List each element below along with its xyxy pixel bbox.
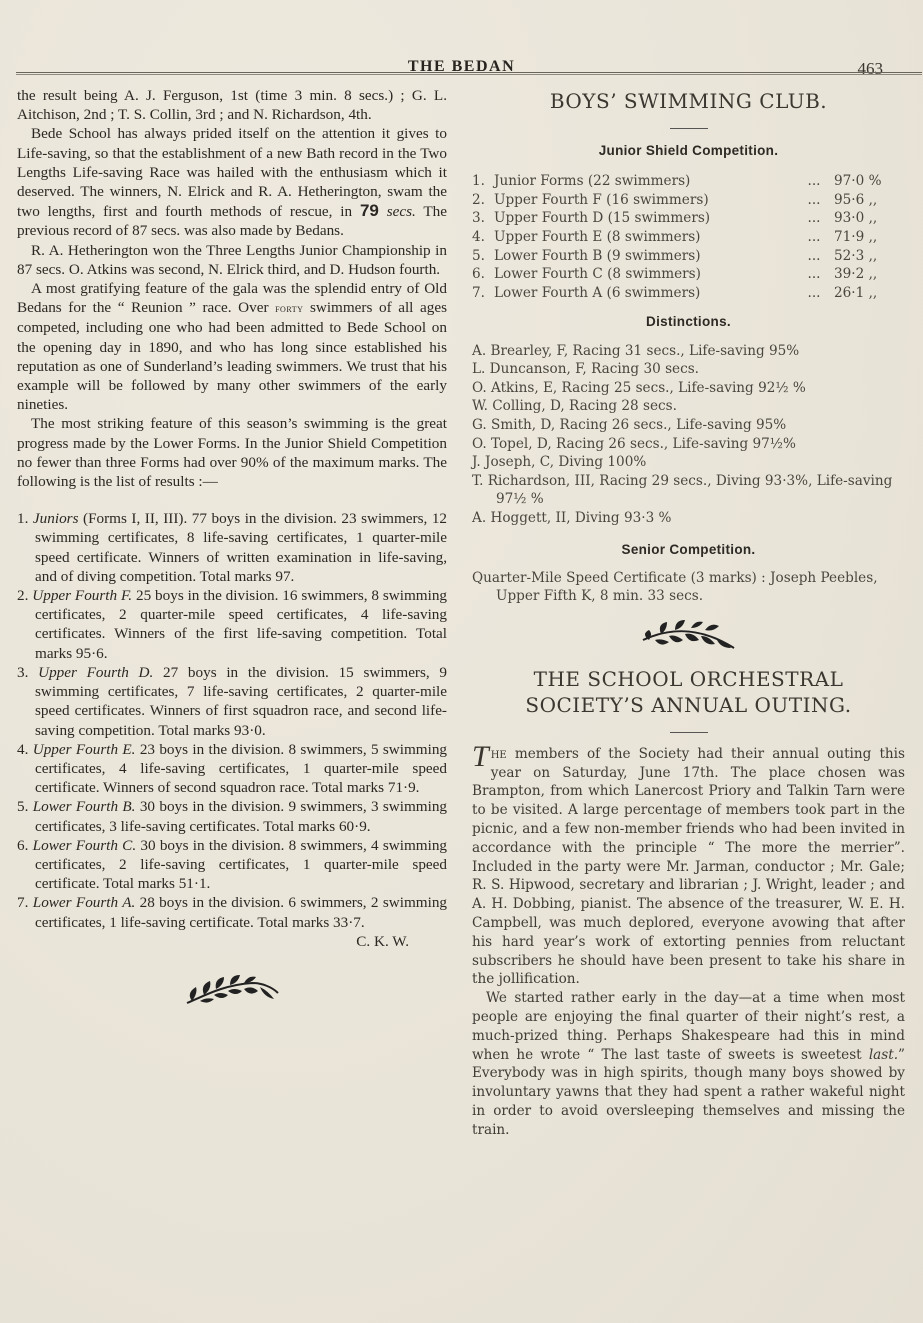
distinctions-heading: Distinctions. [472,312,905,331]
table-row: 2.Upper Fourth F (16 swimmers)...95·6 ,, [472,191,905,210]
list-item: O. Atkins, E, Racing 25 secs., Life-savi… [472,379,905,398]
paragraph-outing-start: We started rather early in the day—at a … [472,989,905,1139]
record-time: 79 [360,201,379,220]
header-rule [16,72,922,75]
senior-competition-text: Quarter-Mile Speed Certificate (3 marks)… [472,569,905,606]
list-item: 7. Lower Fourth A. 28 boys in the divisi… [17,893,447,931]
distinctions-list: A. Brearley, F, Racing 31 secs., Life-sa… [472,342,905,528]
swimming-club-title: BOYS’ SWIMMING CLUB. [472,88,905,114]
title-rule [670,128,708,129]
orchestra-title: THE SCHOOL ORCHESTRAL SOCIETY’S ANNUAL O… [472,666,905,718]
list-item: 1. Juniors (Forms I, II, III). 77 boys i… [17,509,447,586]
list-item: A. Brearley, F, Racing 31 secs., Life-sa… [472,342,905,361]
list-item: G. Smith, D, Racing 26 secs., Life-savin… [472,416,905,435]
table-row: 5.Lower Fourth B (9 swimmers)...52·3 ,, [472,247,905,266]
list-item: 2. Upper Fourth F. 25 boys in the divisi… [17,586,447,663]
list-item: L. Duncanson, F, Racing 30 secs. [472,360,905,379]
list-item: 5. Lower Fourth B. 30 boys in the divisi… [17,797,447,835]
senior-competition-heading: Senior Competition. [472,540,905,559]
junior-shield-heading: Junior Shield Competition. [472,141,905,160]
page-number: 463 [858,59,884,79]
leaf-ornament-icon [182,967,282,1011]
form-results-list: 1. Juniors (Forms I, II, III). 77 boys i… [17,509,447,931]
list-item: 3. Upper Fourth D. 27 boys in the divisi… [17,663,447,740]
list-item: T. Richardson, III, Racing 29 secs., Div… [472,472,905,509]
drop-cap: T [472,745,489,769]
list-item: O. Topel, D, Racing 26 secs., Life-savin… [472,435,905,454]
left-column: the result being A. J. Ferguson, 1st (ti… [17,86,447,1011]
right-column: BOYS’ SWIMMING CLUB. Junior Shield Compe… [472,86,905,1140]
paragraph-reunion-race: A most gratifying feature of the gala wa… [17,279,447,414]
list-item: J. Joseph, C, Diving 100% [472,453,905,472]
paragraph-race-result: the result being A. J. Ferguson, 1st (ti… [17,86,447,124]
paragraph-progress: The most striking feature of this season… [17,414,447,491]
title-rule [670,732,708,733]
table-row: 6.Lower Fourth C (8 swimmers)...39·2 ,, [472,265,905,284]
junior-shield-table: 1.Junior Forms (22 swimmers)...97·0 % 2.… [472,172,905,302]
paragraph-outing-intro: The members of the Society had their ann… [472,745,905,989]
table-row: 3.Upper Fourth D (15 swimmers)...93·0 ,, [472,209,905,228]
table-row: 4.Upper Fourth E (8 swimmers)...71·9 ,, [472,228,905,247]
paragraph-junior-championship: R. A. Hetherington won the Three Lengths… [17,241,447,279]
table-row: 7.Lower Fourth A (6 swimmers)...26·1 ,, [472,284,905,303]
page: THE BEDAN 463 the result being A. J. Fer… [0,0,923,1323]
paragraph-life-saving: Bede School has always prided itself on … [17,124,447,240]
list-item: W. Colling, D, Racing 28 secs. [472,397,905,416]
list-item: 4. Upper Fourth E. 23 boys in the divisi… [17,740,447,798]
list-item: 6. Lower Fourth C. 30 boys in the divisi… [17,836,447,894]
leaf-ornament-icon [639,618,739,658]
author-signature: C. K. W. [17,932,447,951]
list-item: A. Hoggett, II, Diving 93·3 % [472,509,905,528]
table-row: 1.Junior Forms (22 swimmers)...97·0 % [472,172,905,191]
